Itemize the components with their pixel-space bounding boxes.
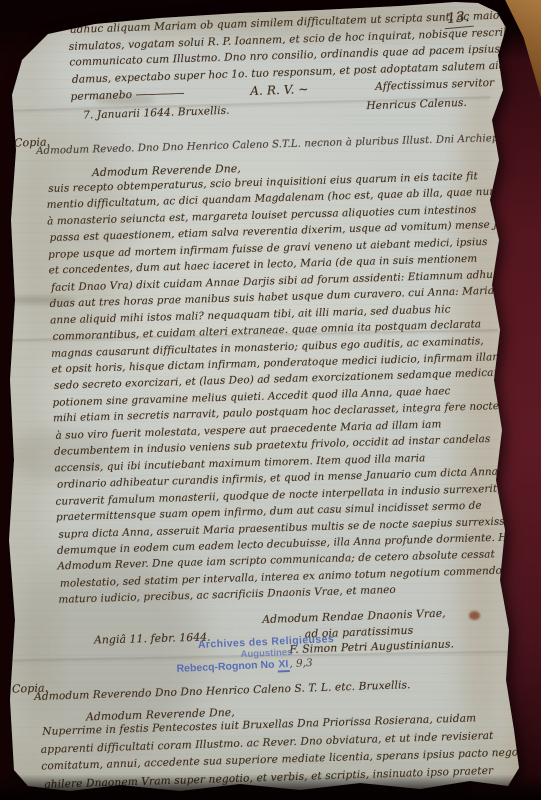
pen-flourish: ————— xyxy=(135,87,183,101)
manuscript-page: 13. adhuc aliquam Mariam ob quam similem… xyxy=(0,0,541,800)
ink-spot xyxy=(469,611,480,620)
signature-henricus-calenus: Henricus Calenus. xyxy=(366,94,467,114)
stamp-handwritten-annotation: , 9,3 xyxy=(289,657,313,670)
manuscript-page-wrap: 13. adhuc aliquam Mariam ob quam similem… xyxy=(0,0,541,800)
closing-word: permanebo ————— xyxy=(70,85,184,105)
stamp-inventory-number: XI xyxy=(277,658,290,673)
top-letter-dateline: 7. Januarii 1644. Bruxellis. xyxy=(83,102,230,123)
archive-stamp: Archives des Religieuses Augustines Rebe… xyxy=(173,632,359,675)
top-letter-lines: adhuc aliquam Mariam ob quam similem dif… xyxy=(68,8,494,88)
photograph-of-manuscript: 13. adhuc aliquam Mariam ob quam similem… xyxy=(0,0,541,800)
background-shadow-bottom xyxy=(0,774,541,800)
top-letter-fragment: adhuc aliquam Mariam ob quam similem dif… xyxy=(68,8,495,124)
letter-body-1: suis recepto obtemperaturus, scio breui … xyxy=(46,168,510,609)
closing-servitor: Affectissimus servitor xyxy=(375,75,495,95)
closing-initials: A. R. V. ~ xyxy=(250,81,309,99)
